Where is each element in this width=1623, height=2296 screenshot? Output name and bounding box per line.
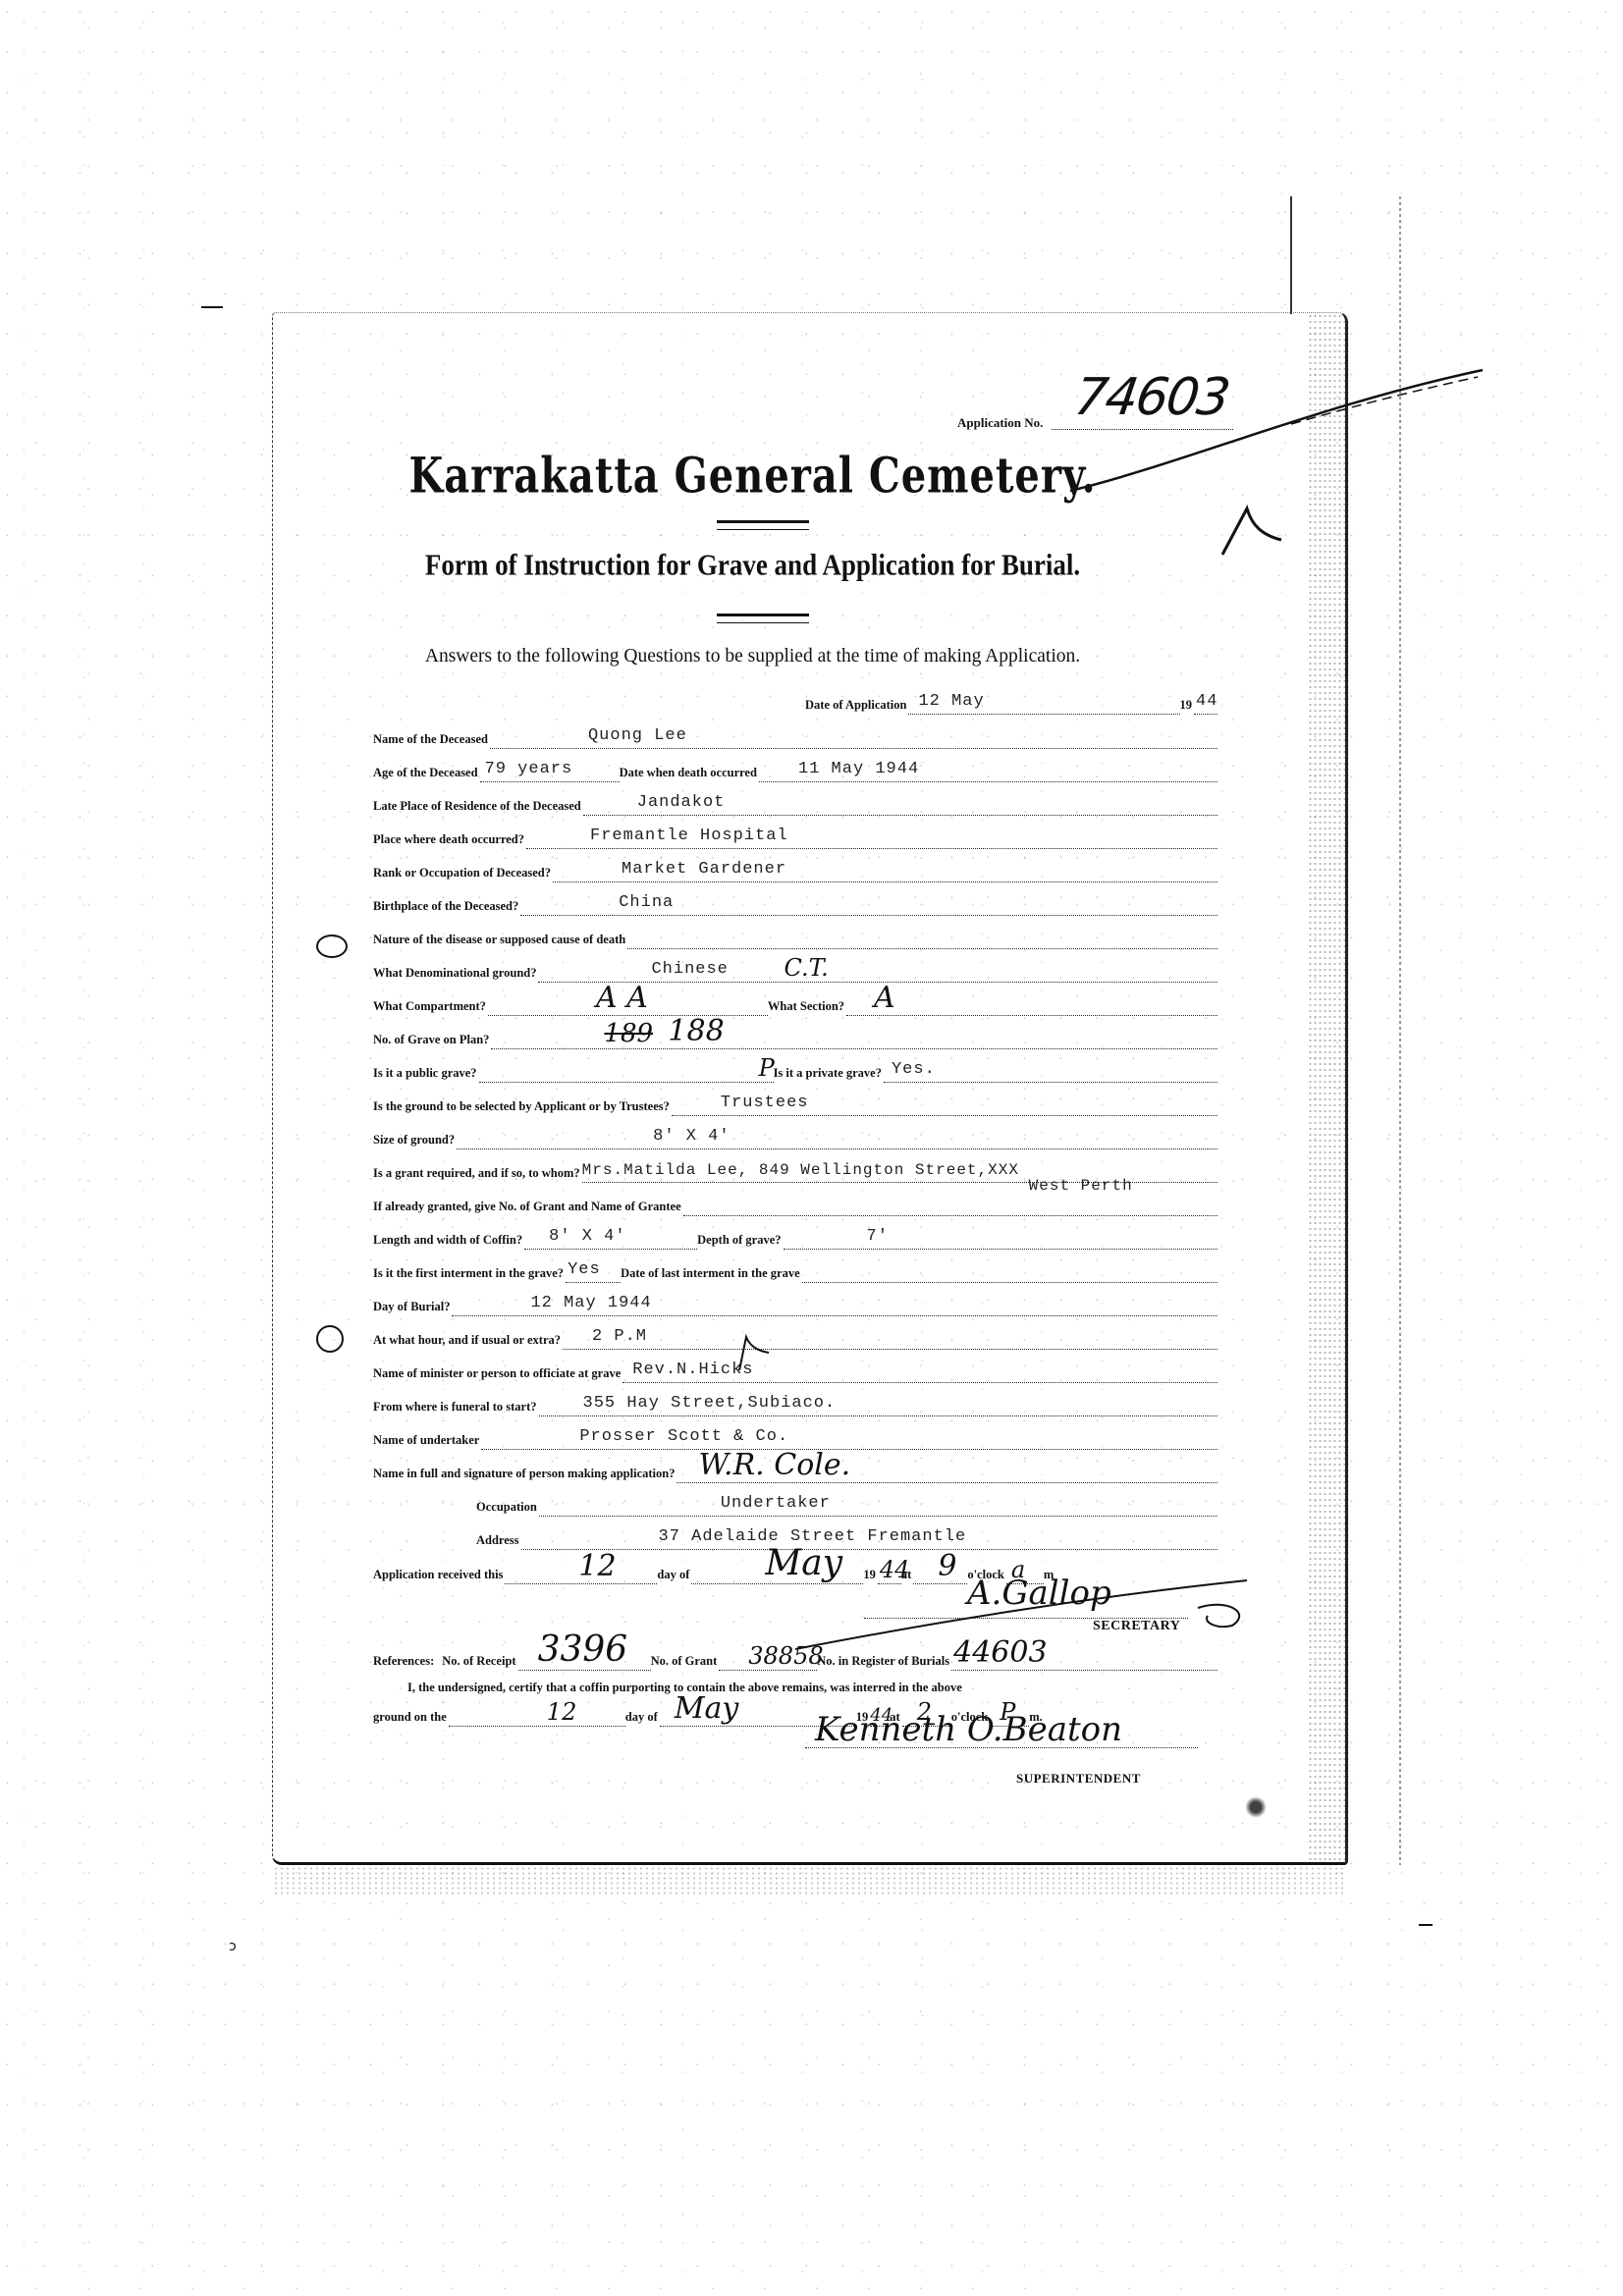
field-value: 7' bbox=[867, 1227, 889, 1246]
field-input[interactable]: Chinese C.T. bbox=[538, 956, 1217, 983]
scan-edge-line bbox=[1290, 196, 1292, 314]
field-value: Yes. bbox=[892, 1060, 936, 1079]
field-label: No. of Grant bbox=[651, 1654, 718, 1671]
field-value: Prosser Scott & Co. bbox=[579, 1427, 788, 1446]
field-value: 79 years bbox=[485, 760, 573, 778]
field-input[interactable]: Mrs.Matilda Lee, 849 Wellington Street,X… bbox=[582, 1156, 1217, 1183]
field-label: Is it the first interment in the grave? bbox=[373, 1266, 564, 1283]
field-value: Trustees bbox=[721, 1094, 809, 1112]
field-value: 12 bbox=[578, 1549, 616, 1583]
field-input[interactable]: P bbox=[479, 1056, 774, 1083]
field-value: Quong Lee bbox=[588, 726, 687, 745]
field-label: Is it a private grave? bbox=[774, 1066, 882, 1083]
field-input[interactable]: 3396 bbox=[518, 1644, 651, 1671]
field-value: 11 May 1944 bbox=[798, 760, 919, 778]
field-value: Jandakot bbox=[637, 793, 726, 812]
field-label: No. of Receipt bbox=[442, 1654, 515, 1671]
divider bbox=[717, 614, 809, 623]
field-input[interactable]: Jandakot bbox=[583, 789, 1217, 816]
field-input[interactable] bbox=[627, 923, 1217, 949]
field-death-place: Place where death occurred? Fremantle Ho… bbox=[373, 824, 1217, 849]
field-burial-day: Day of Burial? 12 May 1944 bbox=[373, 1291, 1217, 1316]
field-name: Name of the Deceased Quong Lee bbox=[373, 723, 1217, 749]
field-grant: Is a grant required, and if so, to whom?… bbox=[373, 1157, 1217, 1183]
field-applicant-address: Address 37 Adelaide Street Fremantle bbox=[476, 1524, 1217, 1550]
instructions-text: Answers to the following Questions to be… bbox=[0, 646, 1564, 667]
field-input[interactable]: 37 Adelaide Street Fremantle bbox=[521, 1523, 1217, 1550]
field-label: Rank or Occupation of Deceased? bbox=[373, 866, 551, 882]
field-birthplace: Birthplace of the Deceased? China bbox=[373, 890, 1217, 916]
field-value: 8' X 4' bbox=[653, 1127, 730, 1146]
field-label: Name of minister or person to officiate … bbox=[373, 1366, 621, 1383]
field-label: Age of the Deceased bbox=[373, 766, 478, 782]
field-label: Place where death occurred? bbox=[373, 832, 524, 849]
field-residence: Late Place of Residence of the Deceased … bbox=[373, 790, 1217, 816]
field-label: Depth of grave? bbox=[697, 1233, 781, 1250]
divider bbox=[717, 520, 809, 530]
field-input[interactable]: 12 May 1944 bbox=[452, 1290, 1217, 1316]
field-label: No. in Register of Burials bbox=[817, 1654, 949, 1671]
field-input[interactable]: 79 years bbox=[480, 756, 620, 782]
field-label: If already granted, give No. of Grant an… bbox=[373, 1200, 681, 1216]
scan-mark bbox=[201, 306, 223, 308]
field-public-private: Is it a public grave? P Is it a private … bbox=[373, 1057, 1217, 1083]
field-input[interactable]: Rev.N.Hicks bbox=[622, 1357, 1217, 1383]
field-label: No. of Grave on Plan? bbox=[373, 1033, 489, 1049]
field-occupation: Rank or Occupation of Deceased? Market G… bbox=[373, 857, 1217, 882]
field-input[interactable]: Prosser Scott & Co. bbox=[481, 1423, 1217, 1450]
scan-mark: ɔ bbox=[229, 1939, 237, 1954]
field-funeral-start: From where is funeral to start? 355 Hay … bbox=[373, 1391, 1217, 1416]
field-value: 188 bbox=[668, 1014, 724, 1048]
field-value: China bbox=[619, 893, 674, 912]
field-applicant-occupation: Occupation Undertaker bbox=[476, 1491, 1217, 1517]
field-input[interactable]: 355 Hay Street,Subiaco. bbox=[539, 1390, 1217, 1416]
field-label: Late Place of Residence of the Deceased bbox=[373, 799, 581, 816]
field-label: What Denominational ground? bbox=[373, 966, 536, 983]
application-no-label: Application No. bbox=[957, 415, 1043, 431]
field-interment: Is it the first interment in the grave? … bbox=[373, 1257, 1217, 1283]
field-minister: Name of minister or person to officiate … bbox=[373, 1358, 1217, 1383]
field-value: 12 bbox=[547, 1698, 577, 1726]
field-input[interactable]: A bbox=[846, 989, 1217, 1016]
field-value: Mrs.Matilda Lee, 849 Wellington Street,X… bbox=[582, 1161, 1019, 1179]
field-input[interactable]: Fremantle Hospital bbox=[526, 823, 1217, 849]
field-label: Address bbox=[476, 1533, 519, 1550]
field-input[interactable]: 38858 bbox=[719, 1644, 817, 1671]
field-value: A bbox=[874, 981, 895, 1015]
field-burial-hour: At what hour, and if usual or extra? 2 P… bbox=[373, 1324, 1217, 1350]
field-input[interactable]: 8' X 4' bbox=[524, 1223, 697, 1250]
field-label: day of bbox=[657, 1568, 689, 1584]
field-value: 12 May 1944 bbox=[530, 1294, 651, 1312]
field-label: Is a grant required, and if so, to whom? bbox=[373, 1166, 580, 1183]
references-row: References: No. of Receipt 3396 No. of G… bbox=[373, 1645, 1217, 1671]
field-value: 44603 bbox=[953, 1635, 1047, 1670]
field-label: Day of Burial? bbox=[373, 1300, 450, 1316]
field-input[interactable]: 7' bbox=[784, 1223, 1217, 1250]
field-label: What Section? bbox=[768, 999, 844, 1016]
field-input[interactable] bbox=[683, 1190, 1217, 1216]
field-undertaker: Name of undertaker Prosser Scott & Co. bbox=[373, 1424, 1217, 1450]
field-label: References: bbox=[373, 1654, 434, 1671]
field-value: 38858 bbox=[748, 1642, 823, 1670]
field-compartment-section: What Compartment? A A What Section? A bbox=[373, 990, 1217, 1016]
ink-blot bbox=[1245, 1796, 1267, 1818]
field-value: 355 Hay Street,Subiaco. bbox=[583, 1394, 837, 1413]
superintendent-caption: SUPERINTENDENT bbox=[1016, 1771, 1141, 1787]
field-input[interactable]: 12 bbox=[449, 1700, 625, 1727]
field-value: Yes bbox=[568, 1260, 601, 1279]
field-label: ground on the bbox=[373, 1710, 447, 1727]
field-ground-size: Size of ground? 8' X 4' bbox=[373, 1124, 1217, 1149]
field-label: Name of undertaker bbox=[373, 1433, 479, 1450]
field-value: 8' X 4' bbox=[549, 1227, 625, 1246]
year-value: 44 bbox=[1196, 692, 1217, 711]
field-label: Occupation bbox=[476, 1500, 537, 1517]
field-value: Market Gardener bbox=[622, 860, 786, 879]
secretary-caption: SECRETARY bbox=[1093, 1619, 1180, 1634]
field-input[interactable]: 189 188 bbox=[491, 1023, 1217, 1049]
field-label: At what hour, and if usual or extra? bbox=[373, 1333, 561, 1350]
field-application-date: Date of Application 12 May 19 44 bbox=[805, 689, 1217, 715]
field-label: Is the ground to be selected by Applican… bbox=[373, 1099, 670, 1116]
field-input[interactable] bbox=[802, 1256, 1217, 1283]
field-label: From where is funeral to start? bbox=[373, 1400, 537, 1416]
field-input[interactable]: Yes bbox=[566, 1256, 621, 1283]
year-prefix: 19 bbox=[1180, 698, 1193, 715]
field-input[interactable]: 12 bbox=[505, 1558, 657, 1584]
field-label: Size of ground? bbox=[373, 1133, 455, 1149]
field-label: Nature of the disease or supposed cause … bbox=[373, 933, 625, 949]
field-input[interactable]: 44603 bbox=[951, 1644, 1217, 1671]
field-label: Date of last interment in the grave bbox=[621, 1266, 800, 1283]
field-input[interactable]: Undertaker bbox=[539, 1490, 1217, 1517]
field-label: Length and width of Coffin? bbox=[373, 1233, 522, 1250]
paper-edge-shadow bbox=[1308, 313, 1349, 1862]
field-applicant-signature: Name in full and signature of person mak… bbox=[373, 1458, 1217, 1483]
field-input[interactable]: 8' X 4' bbox=[457, 1123, 1217, 1149]
field-input[interactable]: 12 May bbox=[908, 688, 1179, 715]
field-existing-grant: If already granted, give No. of Grant an… bbox=[373, 1191, 1217, 1216]
field-value: Fremantle Hospital bbox=[590, 827, 788, 845]
form-title: Form of Instruction for Grave and Applic… bbox=[0, 548, 1564, 583]
field-age-and-death-date: Age of the Deceased 79 years Date when d… bbox=[373, 757, 1217, 782]
field-label: Birthplace of the Deceased? bbox=[373, 899, 518, 916]
field-label: Date of Application bbox=[805, 698, 906, 715]
field-input[interactable]: Yes. bbox=[884, 1056, 1217, 1083]
margin-circle-mark bbox=[316, 1325, 344, 1353]
field-input[interactable]: Trustees bbox=[672, 1090, 1217, 1116]
field-input[interactable]: A A bbox=[488, 989, 768, 1016]
field-value: 2 P.M bbox=[592, 1327, 647, 1346]
paper-edge-shadow bbox=[273, 1866, 1345, 1896]
field-label: Date when death occurred bbox=[620, 766, 757, 782]
field-input[interactable]: W.R. Cole. bbox=[676, 1457, 1217, 1483]
field-label: Application received this bbox=[373, 1568, 503, 1584]
field-label: What Compartment? bbox=[373, 999, 486, 1016]
field-value: Chinese bbox=[651, 960, 728, 979]
checkmark-icon bbox=[1217, 501, 1286, 560]
field-value: Undertaker bbox=[721, 1494, 831, 1513]
field-label: Name in full and signature of person mak… bbox=[373, 1467, 675, 1483]
field-coffin-depth: Length and width of Coffin? 8' X 4' Dept… bbox=[373, 1224, 1217, 1250]
field-value: 3396 bbox=[538, 1629, 628, 1670]
field-label: Is it a public grave? bbox=[373, 1066, 477, 1083]
struck-value: 189 bbox=[604, 1019, 653, 1048]
field-value: May bbox=[675, 1691, 739, 1726]
field-input[interactable]: 11 May 1944 bbox=[759, 756, 1217, 782]
field-input[interactable]: Quong Lee bbox=[490, 722, 1217, 749]
checkmark-icon bbox=[734, 1333, 774, 1372]
field-label: Name of the Deceased bbox=[373, 732, 488, 749]
field-selected-by: Is the ground to be selected by Applican… bbox=[373, 1091, 1217, 1116]
field-input[interactable]: Market Gardener bbox=[553, 856, 1217, 882]
scan-mark bbox=[1419, 1924, 1433, 1926]
cemetery-name: Karrakatta General Cemetery. bbox=[0, 447, 1564, 505]
margin-circle-mark bbox=[316, 934, 348, 958]
field-denomination: What Denominational ground? Chinese C.T. bbox=[373, 957, 1217, 983]
field-value: A A bbox=[596, 981, 648, 1015]
field-grave-number: No. of Grave on Plan? 189 188 bbox=[373, 1024, 1217, 1049]
signature: W.R. Cole. bbox=[698, 1448, 850, 1482]
handwritten-annotation: C.T. bbox=[784, 954, 828, 982]
field-cause-of-death: Nature of the disease or supposed cause … bbox=[373, 924, 1217, 949]
superintendent-signature: Kenneth O.Beaton bbox=[815, 1710, 1122, 1749]
field-value: P bbox=[759, 1054, 775, 1082]
field-input[interactable]: 2 P.M bbox=[563, 1323, 1217, 1350]
field-input[interactable]: China bbox=[520, 889, 1217, 916]
field-label: day of bbox=[625, 1710, 658, 1727]
field-value: 12 May bbox=[918, 692, 984, 711]
year-input[interactable]: 44 bbox=[1194, 688, 1217, 715]
